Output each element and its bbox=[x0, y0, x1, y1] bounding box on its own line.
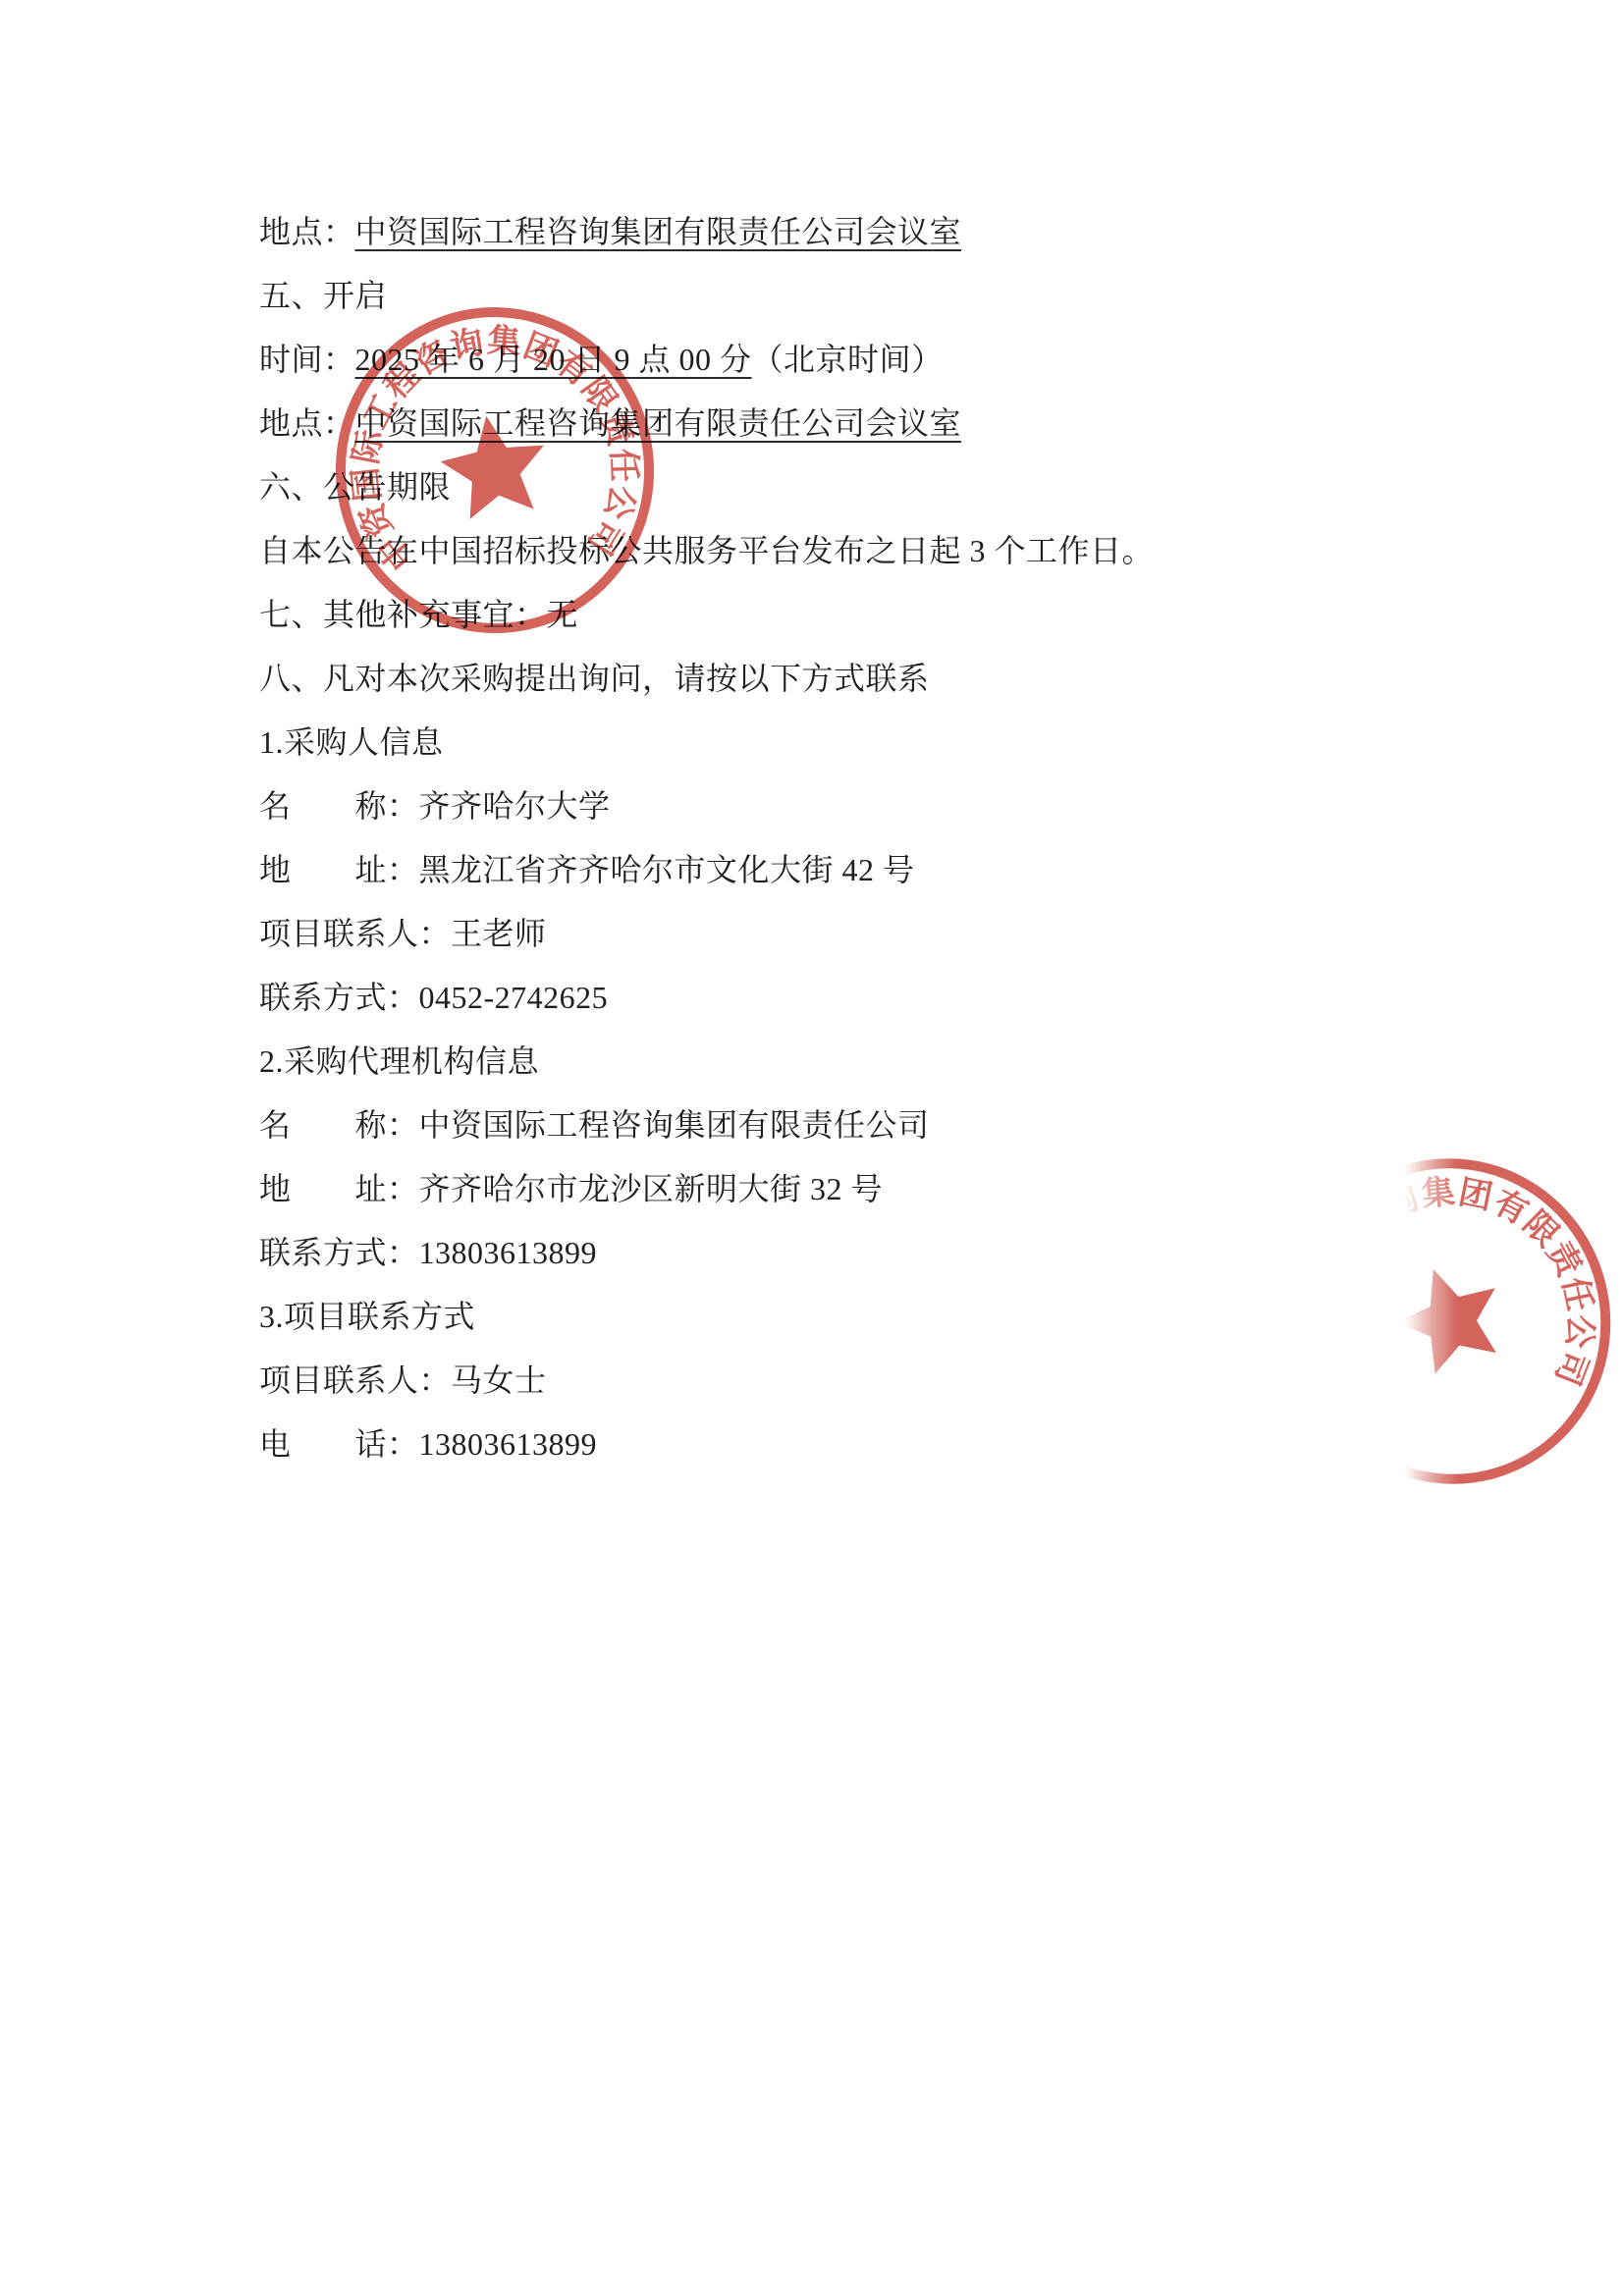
time-label: 时间： bbox=[259, 342, 355, 377]
location-label: 地点： bbox=[259, 214, 355, 249]
purchaser-address: 地 址：黑龙江省齐齐哈尔市文化大街 42 号 bbox=[259, 838, 1154, 902]
location-label: 地点： bbox=[259, 405, 355, 441]
seal-arc-path bbox=[1309, 1179, 1586, 1431]
announcement-body: 地点：中资国际工程咨询集团有限责任公司会议室 五、开启 时间：2025 年 6 … bbox=[259, 200, 1154, 1476]
section6-heading: 六、公告期限 bbox=[259, 455, 1154, 519]
agency-address: 地 址：齐齐哈尔市龙沙区新明大街 32 号 bbox=[259, 1157, 1154, 1221]
agency-heading: 2.采购代理机构信息 bbox=[259, 1030, 1154, 1094]
project-contact-heading: 3.项目联系方式 bbox=[259, 1285, 1154, 1349]
section5-heading: 五、开启 bbox=[259, 264, 1154, 328]
section8-heading: 八、凡对本次采购提出询问，请按以下方式联系 bbox=[259, 647, 1154, 711]
project-contact-phone: 电 话：13803613899 bbox=[259, 1413, 1154, 1476]
section7-heading: 七、其他补充事宜：无 bbox=[259, 583, 1154, 647]
project-contact-person: 项目联系人：马女士 bbox=[259, 1349, 1154, 1413]
company-seal-stamp-partial: 中资国际工程咨询集团有限责任公司 bbox=[1284, 1154, 1618, 1488]
purchaser-heading: 1.采购人信息 bbox=[259, 711, 1154, 774]
time-suffix: （北京时间） bbox=[752, 342, 944, 377]
purchaser-contact-method: 联系方式：0452-2742625 bbox=[259, 966, 1154, 1030]
seal-company-text: 中资国际工程咨询集团有限责任公司 bbox=[1271, 1142, 1618, 1454]
open-time-line: 时间：2025 年 6 月 20 日 9 点 00 分（北京时间） bbox=[259, 328, 1154, 392]
location-value: 中资国际工程咨询集团有限责任公司会议室 bbox=[355, 214, 962, 249]
agency-name: 名 称：中资国际工程咨询集团有限责任公司 bbox=[259, 1094, 1154, 1157]
agency-contact-method: 联系方式：13803613899 bbox=[259, 1221, 1154, 1285]
announcement-page: 地点：中资国际工程咨询集团有限责任公司会议室 五、开启 时间：2025 年 6 … bbox=[0, 0, 1623, 2296]
time-value: 2025 年 6 月 20 日 9 点 00 分 bbox=[355, 342, 752, 377]
announcement-period-text: 自本公告在中国招标投标公共服务平台发布之日起 3 个工作日。 bbox=[259, 519, 1154, 583]
open-location-line: 地点：中资国际工程咨询集团有限责任公司会议室 bbox=[259, 392, 1154, 455]
purchaser-name: 名 称：齐齐哈尔大学 bbox=[259, 774, 1154, 838]
location-value: 中资国际工程咨询集团有限责任公司会议室 bbox=[355, 405, 962, 441]
seal-graphic: 中资国际工程咨询集团有限责任公司 bbox=[1249, 1119, 1623, 1523]
seal-ring bbox=[1264, 1131, 1623, 1512]
deadline-location-line: 地点：中资国际工程咨询集团有限责任公司会议室 bbox=[259, 200, 1154, 264]
seal-star-icon bbox=[1383, 1253, 1515, 1380]
purchaser-contact-person: 项目联系人：王老师 bbox=[259, 902, 1154, 966]
